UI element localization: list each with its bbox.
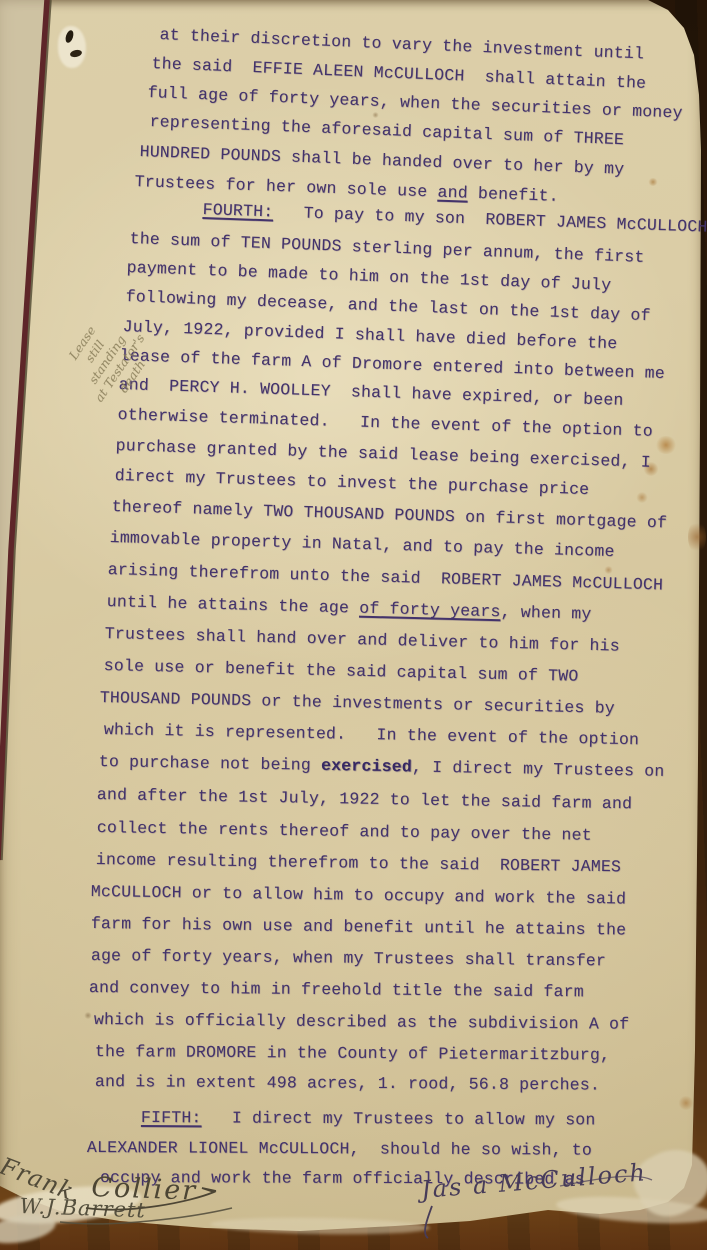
- text-line: Trustees shall hand over and deliver to …: [105, 624, 620, 656]
- text-line: THOUSAND POUNDS or the investments or se…: [100, 688, 615, 718]
- text-line: age of forty years, when my Trustees sha…: [91, 946, 606, 970]
- text-line: which it is represented. In the event of…: [104, 720, 640, 749]
- text-line: direct my Trustees to invest the purchas…: [114, 466, 589, 499]
- witness-signature-barrett: W.J.Barrett: [19, 1194, 146, 1222]
- text-line: immovable property in Natal, and to pay …: [109, 528, 614, 561]
- text-line: and PERCY H. WOOLLEY shall have expired,…: [118, 375, 623, 410]
- text-line: FIFTH: I direct my Trustees to allow my …: [141, 1108, 596, 1129]
- text-line: HUNDRED POUNDS shall be handed over to h…: [139, 142, 624, 179]
- text-line: McCULLOCH or to allow him to occupy and …: [91, 882, 627, 908]
- text-line: and after the 1st July, 1922 to let the …: [97, 785, 633, 813]
- typewritten-text: at their discretion to vary the investme…: [0, 0, 707, 1250]
- text-line: until he attains the age of forty years,…: [107, 592, 592, 624]
- text-line: otherwise terminated. In the event of th…: [117, 405, 653, 441]
- text-line: Trustees for her own sole use and benefi…: [134, 172, 559, 206]
- text-line: income resulting therefrom to the said R…: [96, 850, 622, 876]
- text-line: which is officially described as the sub…: [94, 1010, 630, 1034]
- text-line: FOURTH: To pay to my son ROBERT JAMES Mc…: [202, 200, 707, 237]
- text-line: arising therefrom unto the said ROBERT J…: [107, 560, 663, 595]
- text-line: farm for his own use and benefit until h…: [91, 914, 627, 940]
- text-line: and is in extent 498 acres, 1. rood, 56.…: [95, 1072, 600, 1095]
- text-line: ALEXANDER LIONEL McCULLOCH, should he so…: [87, 1138, 592, 1160]
- text-line: purchase granted by the said lease being…: [115, 436, 651, 472]
- text-line: sole use or benefit the said capital sum…: [104, 656, 579, 686]
- text-line: collect the rents thereof and to pay ove…: [97, 818, 592, 845]
- text-line: to purchase not being exercised, I direc…: [99, 752, 665, 781]
- text-line: the farm DROMORE in the County of Pieter…: [95, 1042, 610, 1065]
- text-line: and convey to him in freehold title the …: [89, 978, 584, 1001]
- text-line: thereof namely TWO THOUSAND POUNDS on fi…: [111, 497, 667, 532]
